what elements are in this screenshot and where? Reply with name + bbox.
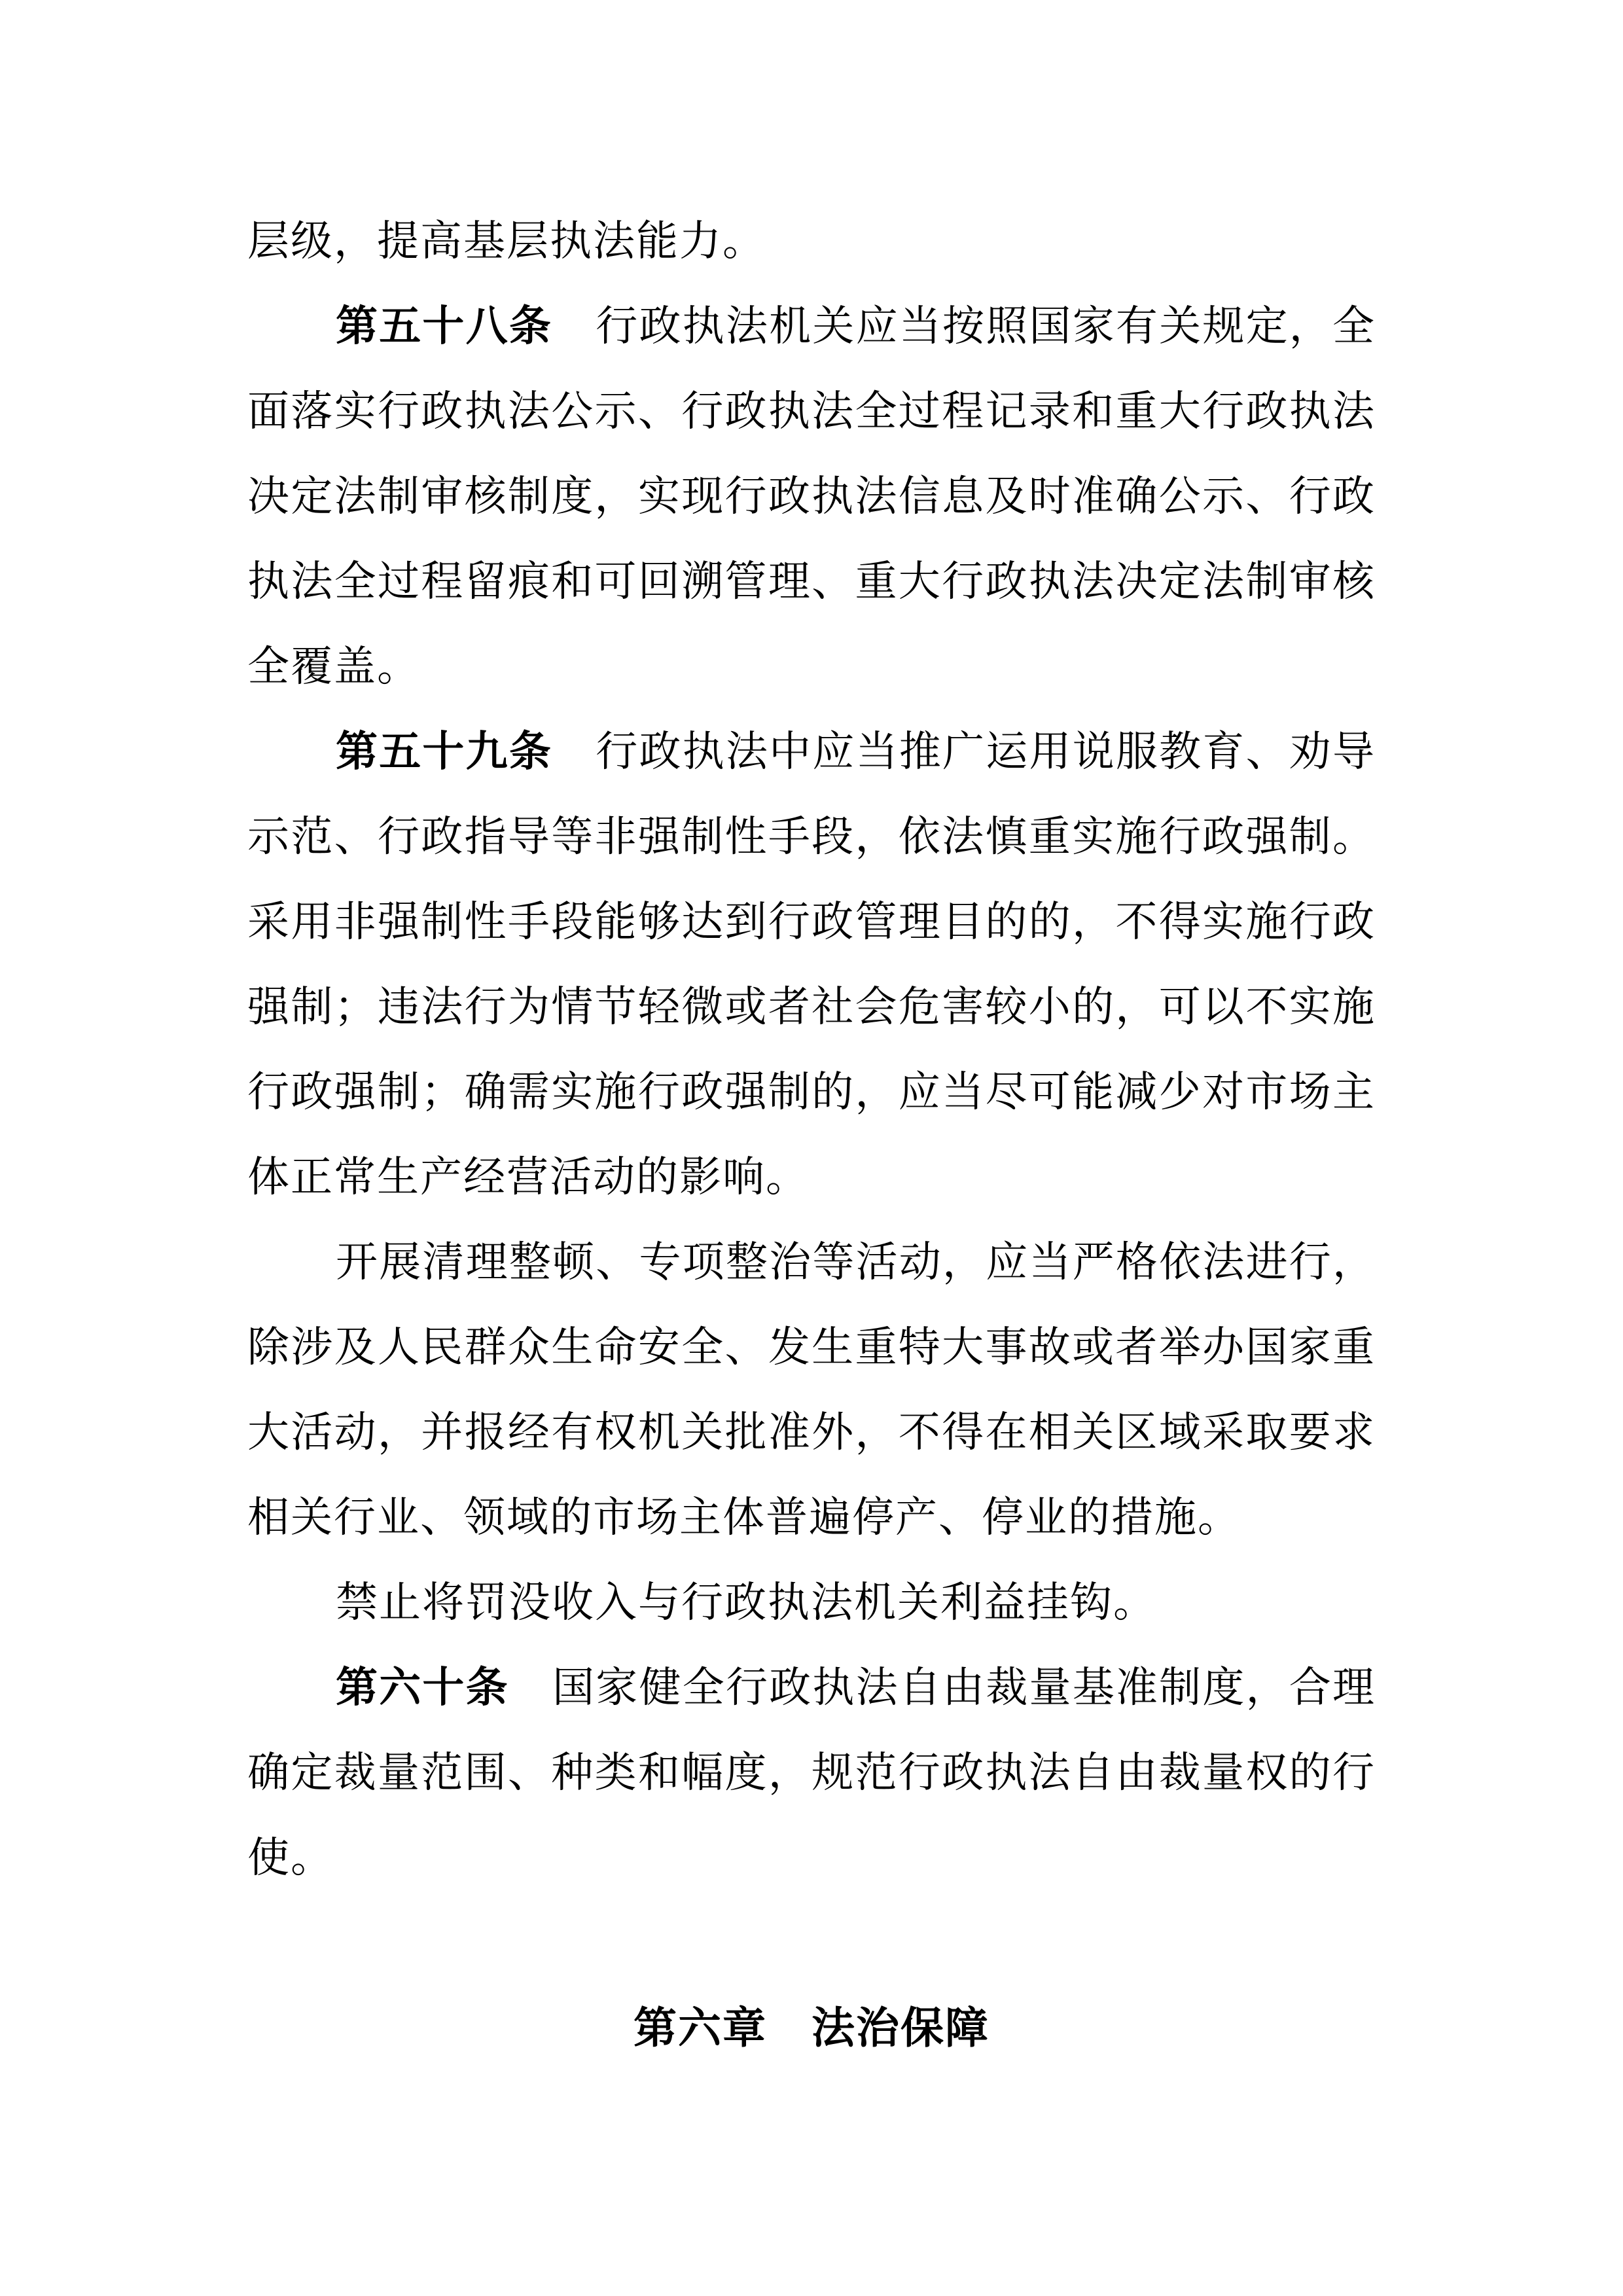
text-run: 执法全过程留痕和可回溯管理、重大行政执法决定法制审核 (247, 558, 1376, 605)
text-run: 大活动，并报经有权机关批准外，不得在相关区域采取要求 (247, 1409, 1376, 1456)
text-run: 示范、行政指导等非强制性手段，依法慎重实施行政强制。 (247, 814, 1376, 860)
text-line: 决定法制审核制度，实现行政执法信息及时准确公示、行政 (247, 454, 1376, 539)
text-line: 第五十八条 行政执法机关应当按照国家有关规定，全 (247, 284, 1376, 369)
article-number: 第五十九条 (336, 728, 552, 775)
text-run: 全覆盖。 (247, 643, 420, 690)
text-line: 示范、行政指导等非强制性手段，依法慎重实施行政强制。 (247, 795, 1376, 880)
text-line: 采用非强制性手段能够达到行政管理目的的，不得实施行政 (247, 880, 1376, 965)
text-line: 确定裁量范围、种类和幅度，规范行政执法自由裁量权的行 (247, 1731, 1376, 1816)
text-run: 国家健全行政执法自由裁量基准制度，合理 (509, 1664, 1376, 1711)
text-line: 相关行业、领域的市场主体普遍停产、停业的措施。 (247, 1475, 1376, 1560)
text-run: 相关行业、领域的市场主体普遍停产、停业的措施。 (247, 1494, 1241, 1541)
text-line: 执法全过程留痕和可回溯管理、重大行政执法决定法制审核 (247, 539, 1376, 624)
text-run: 层级，提高基层执法能力。 (247, 218, 766, 264)
text-run: 采用非强制性手段能够达到行政管理目的的，不得实施行政 (247, 899, 1376, 945)
text-line: 除涉及人民群众生命安全、发生重特大事故或者举办国家重 (247, 1305, 1376, 1390)
text-line: 层级，提高基层执法能力。 (247, 199, 1376, 284)
text-line: 第六十条 国家健全行政执法自由裁量基准制度，合理 (247, 1645, 1376, 1731)
text-line: 第五十九条 行政执法中应当推广运用说服教育、劝导 (247, 709, 1376, 795)
text-line: 开展清理整顿、专项整治等活动，应当严格依法进行， (247, 1220, 1376, 1305)
text-run: 行政执法机关应当按照国家有关规定，全 (552, 303, 1376, 350)
text-run: 面落实行政执法公示、行政执法全过程记录和重大行政执法 (247, 388, 1376, 435)
body-text: 层级，提高基层执法能力。第五十八条 行政执法机关应当按照国家有关规定，全面落实行… (247, 199, 1376, 1901)
text-run: 强制；违法行为情节轻微或者社会危害较小的，可以不实施 (247, 984, 1376, 1030)
text-run: 开展清理整顿、专项整治等活动，应当严格依法进行， (336, 1239, 1376, 1285)
text-run: 决定法制审核制度，实现行政执法信息及时准确公示、行政 (247, 473, 1376, 520)
text-run: 除涉及人民群众生命安全、发生重特大事故或者举办国家重 (247, 1324, 1376, 1371)
text-line: 面落实行政执法公示、行政执法全过程记录和重大行政执法 (247, 369, 1376, 454)
document-page: 层级，提高基层执法能力。第五十八条 行政执法机关应当按照国家有关规定，全面落实行… (0, 0, 1623, 2296)
text-line: 大活动，并报经有权机关批准外，不得在相关区域采取要求 (247, 1390, 1376, 1475)
article-number: 第六十条 (336, 1664, 509, 1711)
text-run: 行政强制；确需实施行政强制的，应当尽可能减少对市场主 (247, 1069, 1376, 1115)
text-run: 行政执法中应当推广运用说服教育、劝导 (552, 728, 1376, 775)
text-run: 体正常生产经营活动的影响。 (247, 1154, 809, 1200)
text-line: 禁止将罚没收入与行政执法机关利益挂钩。 (247, 1560, 1376, 1645)
text-line: 体正常生产经营活动的影响。 (247, 1135, 1376, 1220)
text-line: 行政强制；确需实施行政强制的，应当尽可能减少对市场主 (247, 1050, 1376, 1135)
text-line: 使。 (247, 1816, 1376, 1901)
text-line: 强制；违法行为情节轻微或者社会危害较小的，可以不实施 (247, 965, 1376, 1050)
text-run: 使。 (247, 1835, 334, 1881)
chapter-heading: 第六章 法治保障 (0, 1986, 1623, 2071)
text-run: 确定裁量范围、种类和幅度，规范行政执法自由裁量权的行 (247, 1749, 1376, 1796)
article-number: 第五十八条 (336, 303, 552, 350)
text-run: 禁止将罚没收入与行政执法机关利益挂钩。 (336, 1579, 1156, 1626)
text-line: 全覆盖。 (247, 624, 1376, 709)
